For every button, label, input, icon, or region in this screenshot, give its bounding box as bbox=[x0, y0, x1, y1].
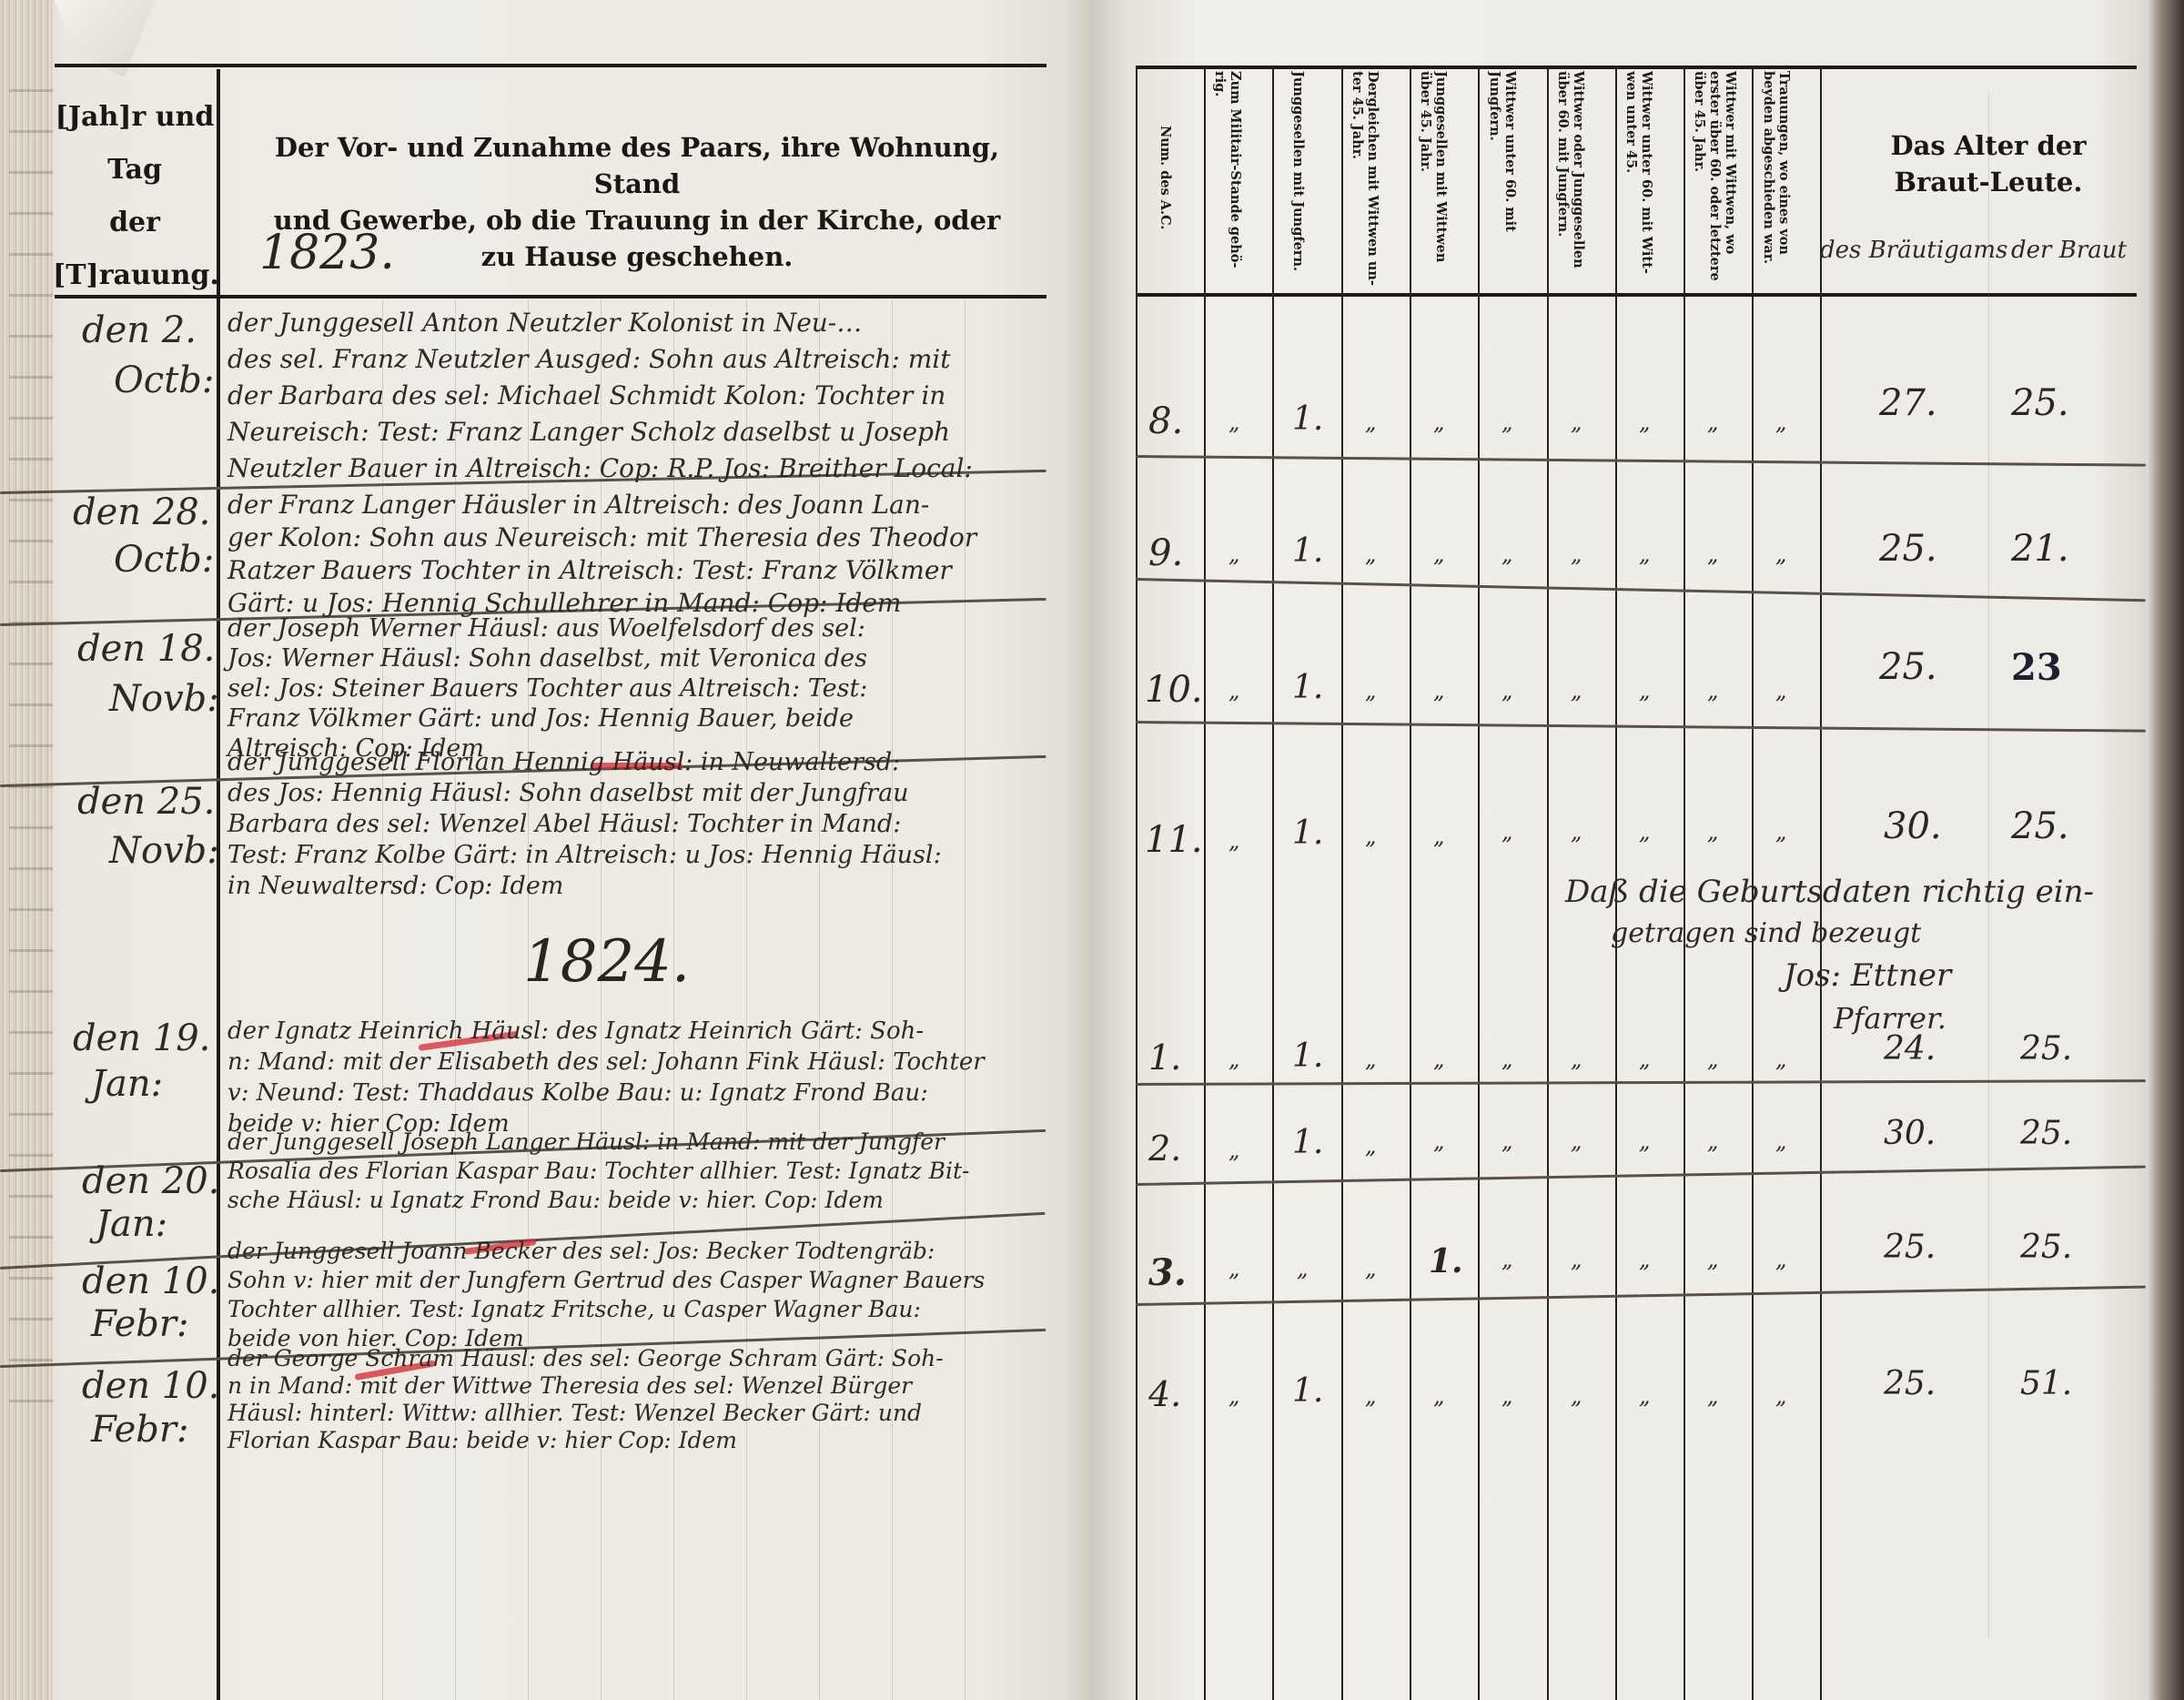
bride-age: 51. bbox=[2020, 1365, 2072, 1402]
header-top-rule bbox=[55, 64, 1046, 67]
col-header-wittwer-wittwen-ue60: Wittwer mit Wittwen, wo erster über 60. … bbox=[1692, 71, 1738, 289]
col-header-junggesellen-jungfern: Junggesellen mit Jungfern. bbox=[1290, 71, 1306, 289]
year-1823: 1823. bbox=[259, 226, 395, 280]
entry-day: den 20. bbox=[82, 1160, 219, 1202]
age-subheader-groom: des Bräutigams bbox=[1820, 237, 2007, 264]
bride-age: 25. bbox=[2011, 382, 2069, 424]
table-row: 10. „ 1. „ „ „ „ „ „ „ 25. 23 bbox=[1092, 669, 2184, 724]
groom-age: 24. bbox=[1884, 1030, 1936, 1068]
row-num: 4. bbox=[1148, 1374, 1181, 1414]
row-num: 1. bbox=[1148, 1037, 1181, 1078]
table-row: 1. „ 1. „ „ „ „ „ „ „ 24. 25. bbox=[1092, 1047, 2184, 1092]
entry-day: den 18. bbox=[77, 628, 215, 670]
bride-age: 21. bbox=[2011, 528, 2069, 570]
col-header-militaer: Zum Militair-Stande gehö-rig. bbox=[1212, 71, 1243, 289]
row-num: 8. bbox=[1148, 400, 1183, 442]
entry-month: Febr: bbox=[91, 1303, 188, 1345]
table-row: 9. „ 1. „ „ „ „ „ „ „ 25. 21. bbox=[1092, 532, 2184, 587]
date-column-divider bbox=[217, 69, 220, 1700]
year-1824: 1824. bbox=[523, 928, 690, 996]
row-num: 11. bbox=[1145, 819, 1203, 861]
header-top-rule bbox=[1136, 66, 2137, 69]
col-header-alter: Das Alter der Braut-Leute. bbox=[1838, 127, 2138, 200]
table-row: 4. „ 1. „ „ „ „ „ „ „ 25. 51. bbox=[1092, 1383, 2184, 1429]
col-header-wittwer-u60-wittwen: Wittwer unter 60. mit Witt-wen unter 45. bbox=[1623, 71, 1654, 289]
row-num: 2. bbox=[1148, 1128, 1181, 1169]
entry-day: den 25. bbox=[77, 781, 215, 823]
signature: Jos: Ettner bbox=[1784, 957, 1951, 994]
col-header-num: Num. des A.C. bbox=[1158, 71, 1173, 344]
entry-day: den 28. bbox=[73, 491, 210, 533]
entry-month: Novb: bbox=[109, 678, 219, 720]
groom-age: 25. bbox=[1879, 646, 1937, 688]
groom-age: 25. bbox=[1879, 528, 1937, 570]
page-stack-marks bbox=[9, 73, 53, 1438]
bride-age: 23 bbox=[2011, 646, 2062, 689]
groom-age: 27. bbox=[1879, 382, 1937, 424]
entry-month: Octb: bbox=[114, 539, 214, 581]
bride-age: 25. bbox=[2011, 805, 2069, 847]
entry-month: Octb: bbox=[114, 359, 214, 401]
col-header-wittwer-u60-jungfern: Wittwer unter 60. mit Jungfern. bbox=[1487, 71, 1518, 289]
date-column-header: [Jah]r und Tag der [T]rauung. bbox=[53, 91, 217, 302]
row-num: 9. bbox=[1148, 532, 1183, 574]
bride-age: 25. bbox=[2020, 1115, 2072, 1152]
entry-day: den 19. bbox=[73, 1017, 210, 1059]
table-row: 3. „ „ „ 1. „ „ „ „ „ 25. 25. bbox=[1092, 1256, 2184, 1301]
groom-age: 30. bbox=[1884, 1115, 1936, 1152]
age-subheader-bride: der Braut bbox=[2011, 237, 2127, 264]
left-page: [Jah]r und Tag der [T]rauung. Der Vor- u… bbox=[0, 0, 1092, 1700]
entry-month: Febr: bbox=[91, 1409, 188, 1451]
entry-day: den 10. bbox=[82, 1365, 219, 1407]
col-header-abgeschieden: Trauungen, wo eines von beyden abgeschie… bbox=[1761, 71, 1792, 289]
entry-day: den 2. bbox=[82, 309, 197, 351]
row-num: 3. bbox=[1148, 1251, 1187, 1294]
entry-day: den 10. bbox=[82, 1260, 219, 1302]
table-row: 2. „ 1. „ „ „ „ „ „ „ 30. 25. bbox=[1092, 1133, 2184, 1179]
groom-age: 30. bbox=[1884, 805, 1942, 847]
entry-month: Jan: bbox=[96, 1203, 167, 1245]
entry-month: Jan: bbox=[91, 1063, 163, 1105]
groom-age: 25. bbox=[1884, 1365, 1936, 1402]
col-header-jg-wittwen-ue45: Junggesellen mit Wittwen über 45. Jahr. bbox=[1418, 71, 1449, 289]
table-row: 8. „ 1. „ „ „ „ „ „ „ 27. 25. bbox=[1092, 400, 2184, 455]
bride-age: 25. bbox=[2020, 1229, 2072, 1266]
row-num: 10. bbox=[1145, 669, 1203, 711]
groom-age: 25. bbox=[1884, 1229, 1936, 1266]
bride-age: 25. bbox=[2020, 1030, 2072, 1068]
header-bottom-rule bbox=[1136, 293, 2137, 297]
right-page: Num. des A.C. Zum Militair-Stande gehö-r… bbox=[1092, 0, 2184, 1700]
col-header-dgl-wittwen-u45: Dergleichen mit Wittwen un-ter 45. Jahr. bbox=[1350, 71, 1380, 289]
entry-month: Novb: bbox=[109, 830, 219, 872]
table-row: 11. „ 1. „ „ „ „ „ „ „ 30. 25. bbox=[1092, 819, 2184, 874]
col-header-wittwer-jg-ue60: Wittwer oder Junggesellen über 60. mit J… bbox=[1555, 71, 1586, 289]
